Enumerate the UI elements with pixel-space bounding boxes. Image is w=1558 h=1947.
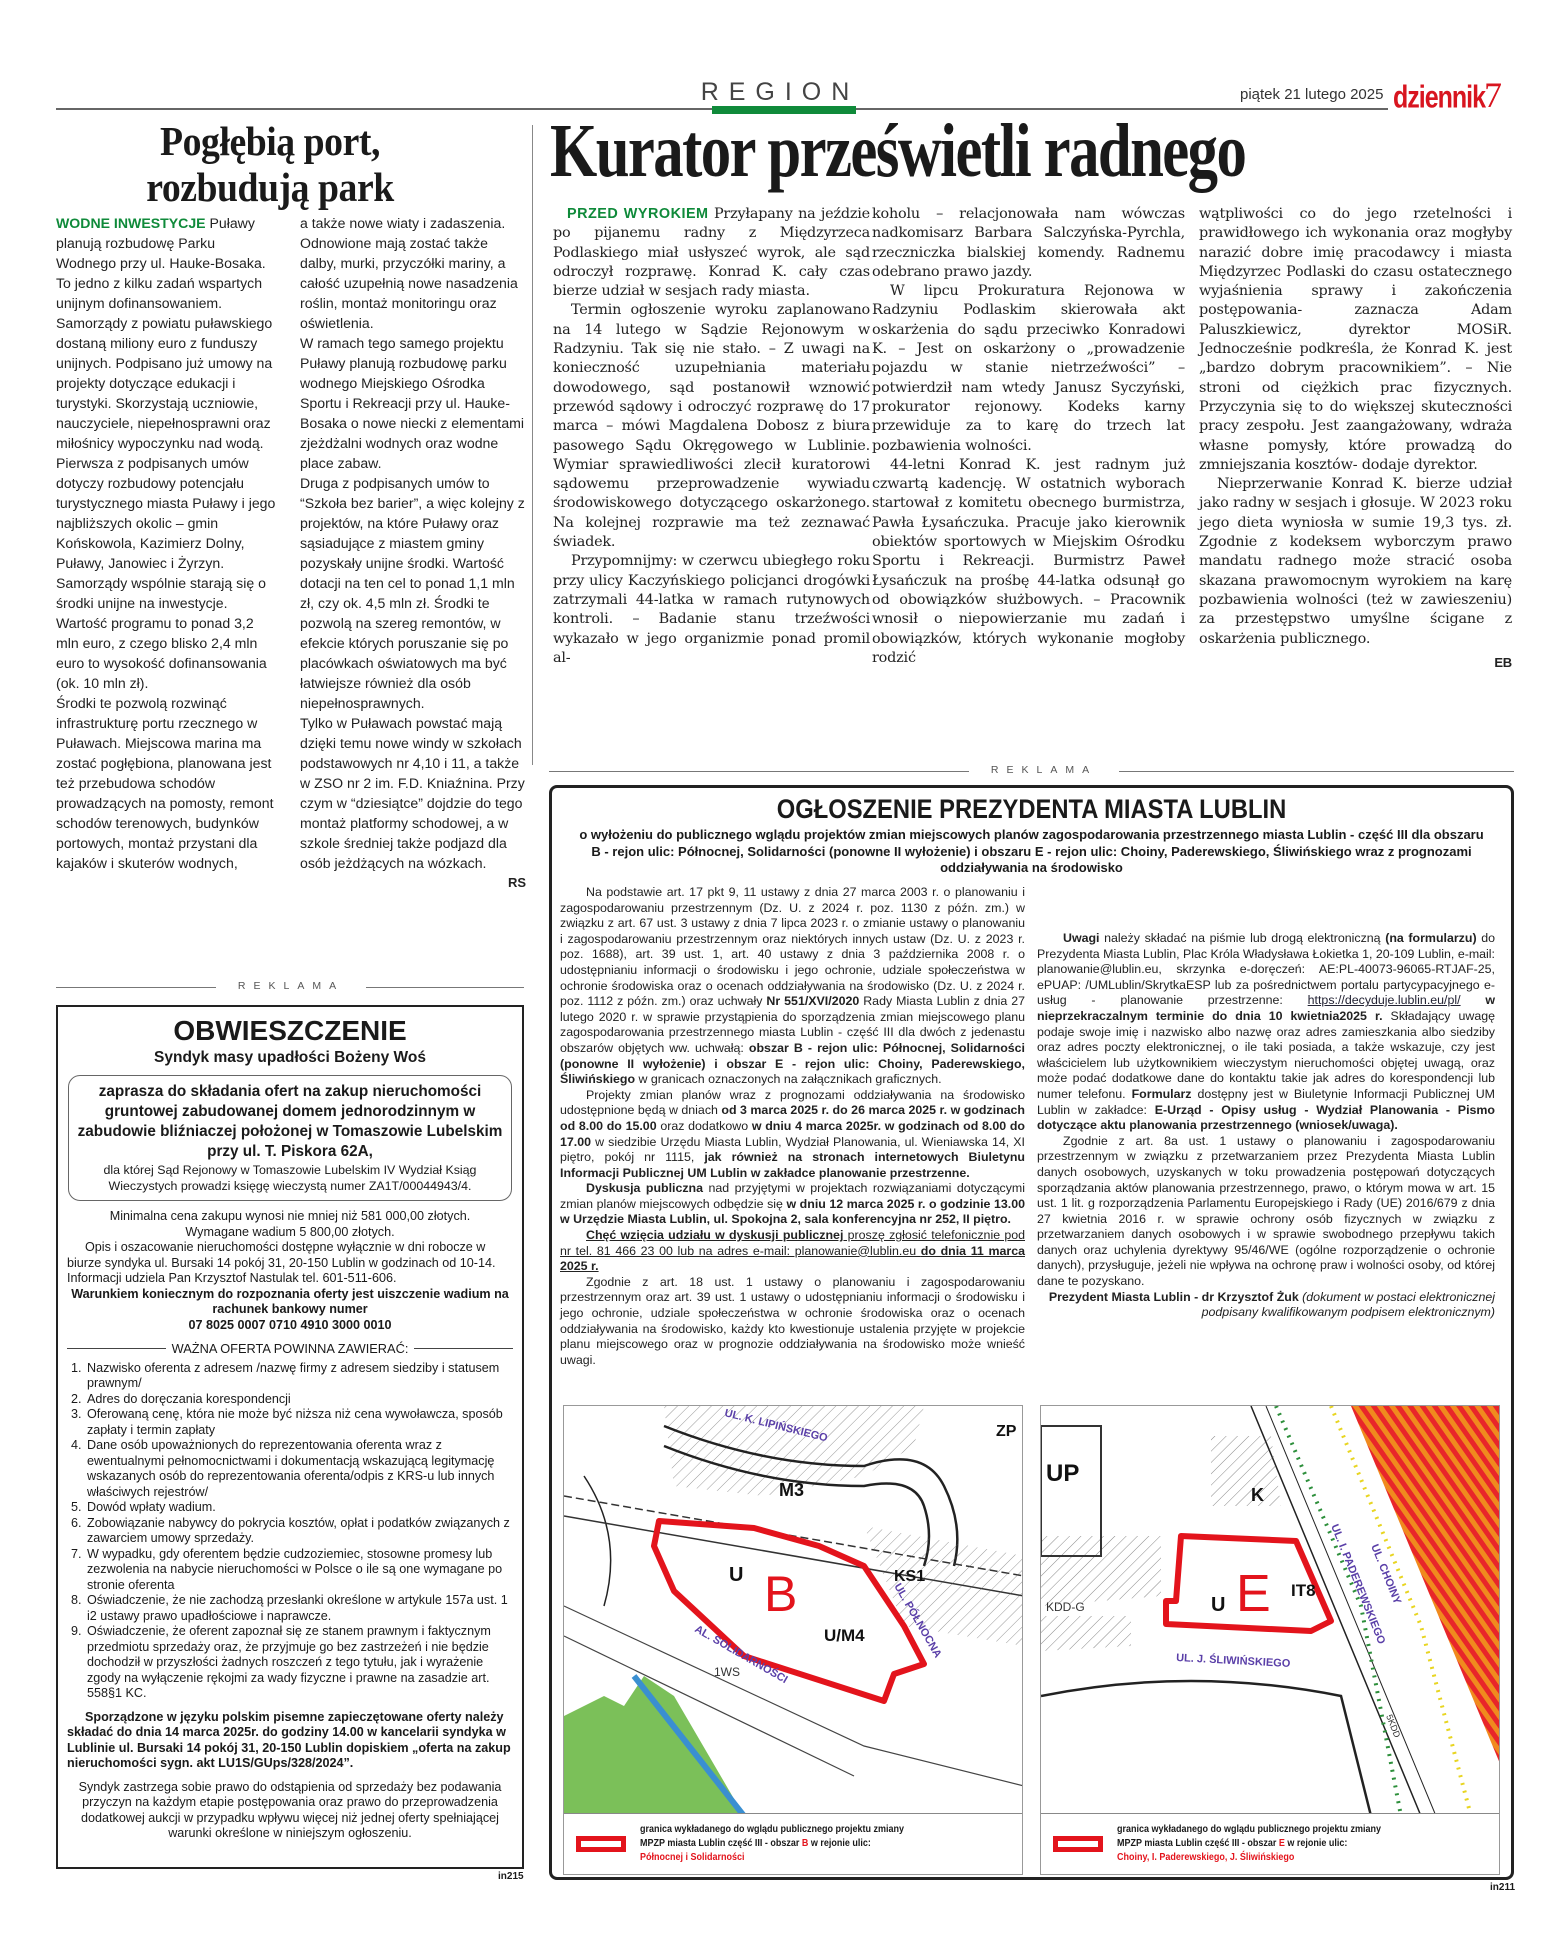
list-item: Adres do doręczania korespondencji xyxy=(85,1392,513,1408)
svg-text:KDD-G: KDD-G xyxy=(1046,1600,1085,1614)
paragraph: W ramach tego samego projektu Puławy pla… xyxy=(300,333,526,473)
kicker: WODNE INWESTYCJE xyxy=(56,215,206,231)
main-headline: Kurator prześwietli radnego xyxy=(550,108,1245,195)
paragraph: Przypomnijmy: w czerwcu ubiegłego roku p… xyxy=(553,552,870,668)
reklama-rule xyxy=(56,987,216,988)
svg-text:IT8: IT8 xyxy=(1291,1581,1316,1600)
text: Uwagi xyxy=(1063,931,1100,945)
requirements-list: Nazwisko oferenta z adresem /nazwę firmy… xyxy=(67,1361,513,1702)
text: Formularz xyxy=(1132,1087,1192,1101)
text: MPZP miasta Lublin część III - obszar xyxy=(1117,1838,1279,1849)
list-item: Dane osób upoważnionych do reprezentowan… xyxy=(85,1438,513,1500)
paragraph: Tylko w Puławach powstać mają dzięki tem… xyxy=(300,713,526,873)
bank-account: 07 8025 0007 0710 4910 3000 0010 xyxy=(67,1318,513,1334)
left-article-column-1: WODNE INWESTYCJE Puławy planują rozbudow… xyxy=(56,213,276,873)
text: należy składać na piśmie lub drogą elekt… xyxy=(1100,931,1386,945)
text: w rejonie ulic: xyxy=(808,1838,871,1849)
portal-link[interactable]: https://decyduje.lublin.eu/pl/ xyxy=(1308,993,1461,1007)
list-item: Oferowaną cenę, która nie może być niższ… xyxy=(85,1407,513,1438)
signer: Prezydent Miasta Lublin - dr Krzysztof Ż… xyxy=(1049,1290,1299,1304)
boundary-swatch-icon xyxy=(576,1836,626,1852)
ad-body: Minimalna cena zakupu wynosi nie mniej n… xyxy=(58,1209,522,1842)
requirements-title: WAŻNA OFERTA POWINNA ZAWIERAĆ: xyxy=(166,1341,415,1357)
paragraph: 44-letni Konrad K. jest radnym już czwar… xyxy=(872,456,1185,668)
lublin-ad-column-1: Na podstawie art. 17 pkt 9, 11 ustawy z … xyxy=(560,885,1025,1368)
map-area-b: B U U/M4 M3 KS1 ZP 1WS UL. K. LIPIŃSKIEG… xyxy=(563,1405,1023,1875)
obwieszczenie-ad: OBWIESZCZENIE Syndyk masy upadłości Boże… xyxy=(56,1005,524,1869)
list-item: Dowód wpłaty wadium. xyxy=(85,1500,513,1516)
map-e-drawing: E U IT8 UP K KDD-G UL. J. ŚLIWIŃSKIEGO U… xyxy=(1041,1406,1500,1816)
reklama-rule xyxy=(366,987,524,988)
issue-date: piątek 21 lutego 2025 xyxy=(1240,86,1383,103)
map-area-e: E U IT8 UP K KDD-G UL. J. ŚLIWIŃSKIEGO U… xyxy=(1040,1405,1500,1875)
main-article-column-3: wątpliwości co do jego rzetelności i pra… xyxy=(1199,205,1512,672)
ad-code: in215 xyxy=(498,1871,524,1882)
area-letter: B xyxy=(764,1566,797,1622)
paragraph: wątpliwości co do jego rzetelności i pra… xyxy=(1199,205,1512,475)
wadium: Wymagane wadium 5 800,00 złotych. xyxy=(67,1225,513,1241)
text: w rejonie ulic: xyxy=(1285,1838,1348,1849)
headline-line: Pogłębią port, xyxy=(77,118,463,164)
map-e-legend: granica wykładanego do wglądu publiczneg… xyxy=(1041,1813,1499,1874)
offer-note: dla której Sąd Rejonowy w Tomaszowie Lub… xyxy=(75,1162,505,1194)
section-label: REGION xyxy=(700,78,860,107)
rule xyxy=(67,1348,166,1349)
paragraph: Projekty zmian planów wraz z prognozami … xyxy=(560,1088,1025,1182)
ad-title: OGŁOSZENIE PREZYDENTA MIASTA LUBLIN xyxy=(610,794,1454,825)
rule xyxy=(414,1348,513,1349)
paragraph: Zgodnie z art. 8a ust. 1 ustawy o planow… xyxy=(1037,1134,1495,1290)
offer-headline: zaprasza do składania ofert na zakup nie… xyxy=(75,1082,505,1162)
paragraph-text: Puławy planują rozbudowę Parku Wodnego p… xyxy=(56,215,272,451)
text: Dyskusja publiczna xyxy=(586,1181,703,1195)
offer-box: zaprasza do składania ofert na zakup nie… xyxy=(68,1075,512,1201)
list-item: Oświadczenie, że nie zachodzą przesłanki… xyxy=(85,1593,513,1624)
legend-line: MPZP miasta Lublin część III - obszar B … xyxy=(640,1837,904,1851)
svg-text:K: K xyxy=(1251,1485,1264,1505)
paragraph: W lipcu Prokuratura Rejonowa w Radzyniu … xyxy=(872,282,1185,456)
area-letter: E xyxy=(1236,1565,1271,1623)
paragraph: PRZED WYROKIEM Przyłapany na jeździe po … xyxy=(553,205,870,301)
boundary-swatch-icon xyxy=(1053,1836,1103,1852)
left-article-column-2: a także nowe wiaty i zadaszenia. Odnowio… xyxy=(300,213,526,893)
map-b-legend: granica wykładanego do wglądu publiczneg… xyxy=(564,1813,1022,1874)
author-signature: EB xyxy=(1199,653,1512,672)
main-article-column-1: PRZED WYROKIEM Przyłapany na jeździe po … xyxy=(553,205,870,668)
svg-text:UP: UP xyxy=(1046,1460,1079,1487)
legend-text: granica wykładanego do wglądu publiczneg… xyxy=(640,1823,904,1865)
legend-text: granica wykładanego do wglądu publiczneg… xyxy=(1117,1823,1381,1865)
min-price: Minimalna cena zakupu wynosi nie mniej n… xyxy=(67,1209,513,1225)
reklama-label: REKLAMA xyxy=(216,980,366,992)
paragraph: Uwagi należy składać na piśmie lub drogą… xyxy=(1037,931,1495,1134)
text: oraz dodatkowo xyxy=(657,1119,752,1133)
legend-line: granica wykładanego do wglądu publiczneg… xyxy=(1117,1823,1381,1837)
list-item: Oświadczenie, że oferent zapoznał się ze… xyxy=(85,1624,513,1702)
list-item: W wypadku, gdy oferentem będzie cudzozie… xyxy=(85,1547,513,1594)
legend-line: MPZP miasta Lublin część III - obszar E … xyxy=(1117,1837,1381,1851)
text: MPZP miasta Lublin część III - obszar xyxy=(640,1838,802,1849)
ad-code: in211 xyxy=(1490,1882,1515,1893)
lublin-ad-column-2: Uwagi należy składać na piśmie lub drogą… xyxy=(1037,885,1495,1321)
headline-line: rozbudują park xyxy=(77,164,463,210)
svg-text:1WS: 1WS xyxy=(714,1665,740,1679)
paragraph: WODNE INWESTYCJE Puławy planują rozbudow… xyxy=(56,213,276,453)
svg-text:U/M4: U/M4 xyxy=(824,1626,865,1645)
author-signature: RS xyxy=(300,873,526,893)
text: Chęć wzięcia udziału w dyskusji publiczn… xyxy=(586,1228,843,1242)
paragraph: Pierwsza z podpisanych umów dotyczy rozb… xyxy=(56,453,276,693)
paragraph: Zgodnie z art. 18 ust. 1 ustawy o planow… xyxy=(560,1275,1025,1369)
description-info: Opis i oszacowanie nieruchomości dostępn… xyxy=(67,1240,513,1287)
paragraph: Dyskusja publiczna nad przyjętymi w proj… xyxy=(560,1181,1025,1228)
requirements-header: WAŻNA OFERTA POWINNA ZAWIERAĆ: xyxy=(67,1341,513,1357)
list-item: Zobowiązanie nabywcy do pokrycia kosztów… xyxy=(85,1516,513,1547)
legend-streets: Północnej i Solidarności xyxy=(640,1851,904,1865)
column-divider xyxy=(532,125,533,765)
reservation: Syndyk zastrzega sobie prawo do odstąpie… xyxy=(67,1780,513,1842)
map-b-drawing: B U U/M4 M3 KS1 ZP 1WS UL. K. LIPIŃSKIEG… xyxy=(564,1406,1023,1816)
maps-section: B U U/M4 M3 KS1 ZP 1WS UL. K. LIPIŃSKIEG… xyxy=(563,1405,1503,1875)
paragraph: Na podstawie art. 17 pkt 9, 11 ustawy z … xyxy=(560,885,1025,1088)
ad-title: OBWIESZCZENIE xyxy=(58,1015,522,1047)
svg-text:ZP: ZP xyxy=(996,1423,1017,1440)
resolution-number: Nr 551/XVI/2020 xyxy=(766,994,859,1008)
paragraph: a także nowe wiaty i zadaszenia. Odnowio… xyxy=(300,213,526,333)
text: (na formularzu) xyxy=(1385,931,1476,945)
ad-subtitle: Syndyk masy upadłości Bożeny Woś xyxy=(58,1049,522,1067)
paragraph: Nieprzerwanie Konrad K. bierze udział ja… xyxy=(1199,475,1512,649)
page-number: 7 xyxy=(1484,74,1502,116)
svg-text:M3: M3 xyxy=(779,1480,804,1500)
svg-text:U: U xyxy=(729,1564,743,1586)
newspaper-logo: dziennik xyxy=(1393,80,1485,116)
main-article-column-2: koholu – relacjonowała nam wówczas nadko… xyxy=(872,205,1185,668)
paragraph: Druga z podpisanych umów to “Szkoła bez … xyxy=(300,473,526,713)
paragraph: koholu – relacjonowała nam wówczas nadko… xyxy=(872,205,1185,282)
legend-streets: Choiny, I. Paderewskiego, J. Śliwińskieg… xyxy=(1117,1851,1381,1865)
paragraph: Termin ogłoszenie wyroku zaplanowano na … xyxy=(553,301,870,552)
paragraph: Chęć wzięcia udziału w dyskusji publiczn… xyxy=(560,1228,1025,1275)
text: w granicach oznaczonych na załącznikach … xyxy=(635,1072,941,1086)
kicker: PRZED WYROKIEM xyxy=(567,206,709,222)
list-item: Nazwisko oferenta z adresem /nazwę firmy… xyxy=(85,1361,513,1392)
legend-line: granica wykładanego do wglądu publiczneg… xyxy=(640,1823,904,1837)
deadline: Sporządzone w języku polskim pisemne zap… xyxy=(67,1710,513,1772)
reklama-rule xyxy=(549,771,969,772)
signature: Prezydent Miasta Lublin - dr Krzysztof Ż… xyxy=(1037,1290,1495,1321)
paragraph: Środki te pozwolą rozwinąć infrastruktur… xyxy=(56,693,276,873)
text: Na podstawie art. 17 pkt 9, 11 ustawy z … xyxy=(560,885,1025,1008)
left-article-headline: Pogłębią port, rozbudują park xyxy=(77,118,463,210)
reklama-label: REKLAMA xyxy=(969,764,1119,776)
ad-subtitle: o wyłożeniu do publicznego wglądu projek… xyxy=(552,825,1511,877)
svg-text:U: U xyxy=(1211,1594,1225,1616)
payment-condition: Warunkiem koniecznym do rozpoznania ofer… xyxy=(67,1287,513,1318)
reklama-rule xyxy=(1119,771,1514,772)
